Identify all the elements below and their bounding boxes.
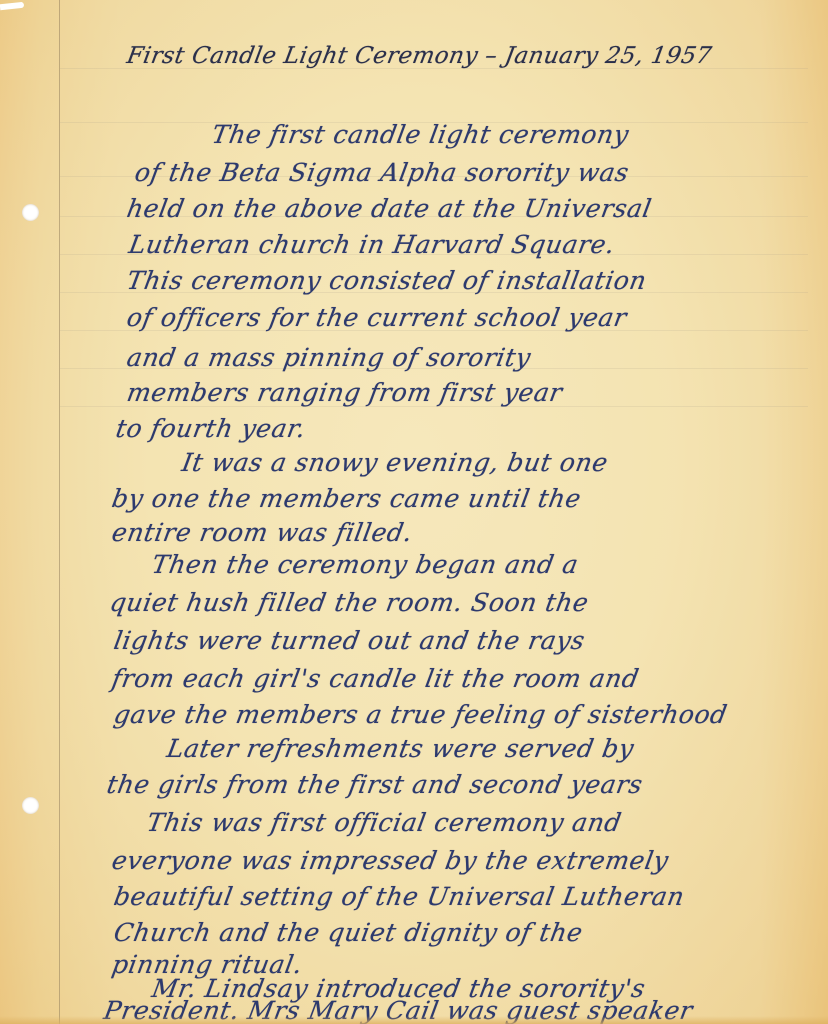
text-line: Then the ceremony began and a — [150, 552, 580, 577]
text-line: entire room was filled. — [110, 520, 415, 545]
margin-rule — [59, 0, 60, 1024]
punch-hole — [22, 797, 39, 814]
text-line: This ceremony consisted of installation — [125, 268, 649, 293]
text-line: President. Mrs Mary Cail was guest speak… — [102, 998, 695, 1023]
text-line: members ranging from first year — [125, 380, 564, 405]
torn-corner — [0, 2, 24, 10]
text-line: lights were turned out and the rays — [112, 628, 587, 653]
text-line: Later refreshments were served by — [165, 736, 636, 761]
text-line: This was first official ceremony and — [145, 810, 624, 835]
text-line: the girls from the first and second year… — [105, 772, 645, 797]
text-line: to fourth year. — [114, 416, 308, 441]
text-line: of officers for the current school year — [125, 305, 629, 330]
text-line: everyone was impressed by the extremely — [110, 848, 671, 873]
text-line: of the Beta Sigma Alpha sorority was — [133, 160, 631, 185]
punch-hole — [22, 204, 39, 221]
text-line: beautiful setting of the Universal Luthe… — [112, 884, 687, 909]
text-line: by one the members came until the — [110, 486, 583, 511]
notebook-page: First Candle Light Ceremony – January 25… — [0, 0, 828, 1024]
text-line: The first candle light ceremony — [210, 122, 631, 147]
text-line: gave the members a true feeling of siste… — [112, 702, 729, 727]
page-title: First Candle Light Ceremony – January 25… — [125, 45, 713, 68]
text-line: quiet hush filled the room. Soon the — [108, 590, 591, 615]
text-line: and a mass pinning of sorority — [125, 345, 533, 370]
text-line: Church and the quiet dignity of the — [112, 920, 585, 945]
text-line: from each girl's candle lit the room and — [110, 666, 641, 691]
text-line: Lutheran church in Harvard Square. — [127, 232, 617, 257]
text-line: It was a snowy evening, but one — [180, 450, 610, 475]
text-line: held on the above date at the Universal — [125, 196, 654, 221]
